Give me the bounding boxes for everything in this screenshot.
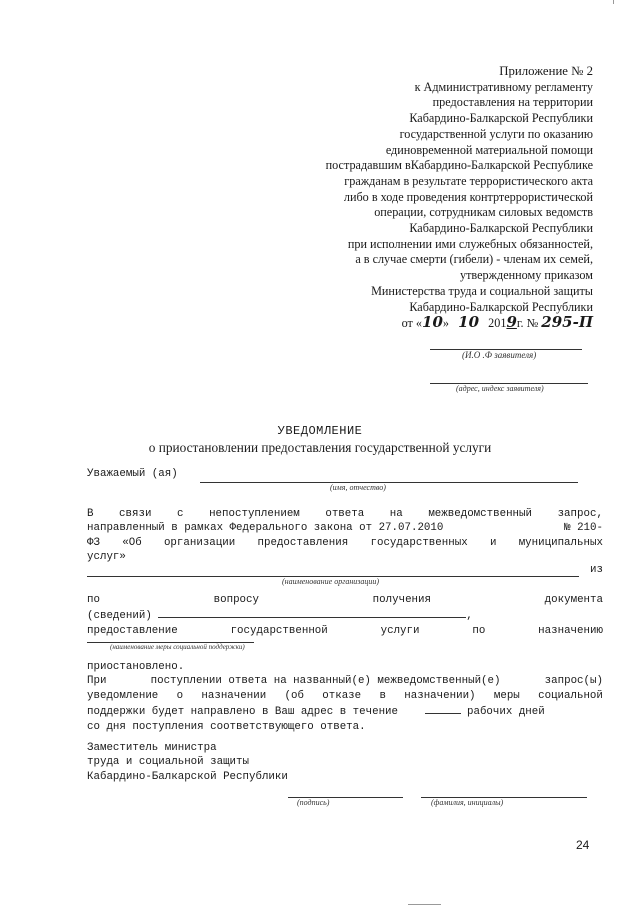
paragraph-1-cont: по вопросу получения документа (сведений… — [87, 593, 603, 638]
p2-line-3: уведомление о назначении (об отказе в на… — [87, 689, 603, 703]
annex-line: Министерства труда и социальной защиты — [273, 284, 593, 300]
applicant-address-caption: (адрес, индекс заявителя) — [456, 384, 544, 393]
word: предоставления — [258, 536, 349, 550]
word: вопросу — [214, 593, 259, 607]
support-measure-caption: (наименование меры социальной поддержки) — [110, 643, 245, 651]
delivery-text: поддержки будет направлено в Ваш адрес в… — [87, 706, 398, 718]
p1-line-6: по вопросу получения документа — [87, 593, 603, 607]
word: связи — [119, 507, 151, 521]
p1-line-5: из — [87, 563, 603, 577]
word: уведомление — [87, 689, 158, 703]
order-number-handwritten: 295-П — [541, 313, 593, 331]
annex-line: единовременной материальной помощи — [273, 143, 593, 159]
word: по — [472, 624, 485, 638]
document-title: УВЕДОМЛЕНИЕ — [0, 424, 640, 438]
word: назначении — [201, 689, 266, 703]
word: ответа — [325, 507, 364, 521]
word: (об — [285, 689, 304, 703]
annex-line: либо в ходе проведения контртеррористиче… — [273, 190, 593, 206]
law-number: № 210- — [564, 521, 603, 535]
p1-line-8: предоставление государственной услуги по… — [87, 624, 603, 638]
order-month-handwritten: 10 — [458, 313, 479, 331]
p1-line-7: (сведений) , — [87, 607, 603, 623]
word: поступлении ответа на названный(е) межве… — [151, 674, 501, 688]
law-reference: направленный в рамках Федерального закон… — [87, 521, 443, 535]
word: межведомственный — [428, 507, 532, 521]
order-day-handwritten: 10 — [422, 313, 443, 331]
p2-line-4: поддержки будет направлено в Ваш адрес в… — [87, 703, 603, 719]
word: получения — [373, 593, 431, 607]
p1-line-1: В связи с непоступлением ответа на межве… — [87, 507, 603, 521]
paragraph-1: В связи с непоступлением ответа на межве… — [87, 507, 603, 577]
word: государственных — [370, 536, 467, 550]
word: запрос(ы) — [545, 674, 603, 688]
salutation-label: Уважаемый (ая) — [87, 467, 603, 481]
word: запрос, — [558, 507, 603, 521]
signatory-block: Заместитель министра труда и социальной … — [87, 741, 603, 784]
recipient-name-line[interactable] — [200, 482, 578, 483]
word: документа — [545, 593, 603, 607]
days-blank-field[interactable] — [425, 703, 461, 714]
word: муниципальных — [519, 536, 603, 550]
annex-line: к Административному регламенту — [273, 80, 593, 96]
word: социальной — [538, 689, 603, 703]
p2-line-5: со дня поступления соответствующего отве… — [87, 720, 603, 734]
signatory-line: труда и социальной защиты — [87, 755, 603, 769]
order-year-prefix: 201 — [488, 316, 506, 330]
word: государственной — [231, 624, 328, 638]
word: с — [177, 507, 183, 521]
annex-line: Кабардино-Балкарской Республики — [273, 221, 593, 237]
word: При — [87, 674, 106, 688]
order-day-close: » — [443, 316, 449, 330]
word: и — [490, 536, 496, 550]
document-label: (сведений) — [87, 610, 152, 622]
annex-line: при исполнении ими служебных обязанносте… — [273, 237, 593, 253]
word: на — [390, 507, 403, 521]
word: назначении) — [404, 689, 475, 703]
annex-line: Приложение № 2 — [273, 64, 593, 80]
annex-line: гражданам в результате террористического… — [273, 174, 593, 190]
word: ФЗ — [87, 536, 100, 550]
annex-line: Кабардино-Балкарской Республики — [273, 111, 593, 127]
word: меры — [494, 689, 520, 703]
working-days-label: рабочих дней — [467, 706, 545, 718]
signatory-line: Кабардино-Балкарской Республики — [87, 770, 603, 784]
order-year-digit-handwritten: 9 — [506, 313, 516, 331]
word: в — [379, 689, 385, 703]
word: непоступлением — [209, 507, 300, 521]
organization-caption: (наименование организации) — [282, 577, 379, 586]
p1-line-3: ФЗ «Об организации предоставления госуда… — [87, 536, 603, 550]
word: предоставление — [87, 624, 178, 638]
document-blank-field[interactable] — [158, 607, 466, 618]
p2-line-2: При поступлении ответа на названный(е) м… — [87, 674, 603, 688]
signatory-line: Заместитель министра — [87, 741, 603, 755]
p2-line-1: приостановлено. — [87, 660, 603, 674]
signatory-name-caption: (фамилия, инициалы) — [431, 798, 503, 807]
word: В — [87, 507, 93, 521]
document-subtitle: о приостановлении предоставления государ… — [0, 440, 640, 456]
word: о — [177, 689, 183, 703]
paragraph-2: приостановлено. При поступлении ответа н… — [87, 660, 603, 734]
scan-mark-top — [613, 0, 614, 4]
word: отказе — [322, 689, 361, 703]
order-date-line: от «10» 10 2019г. № 295-П — [273, 315, 593, 332]
annex-line: пострадавшим вКабардино-Балкарской Респу… — [273, 158, 593, 174]
word: «Об — [122, 536, 141, 550]
word: организации — [164, 536, 235, 550]
annex-line: а в случае смерти (гибели) - членам их с… — [273, 252, 593, 268]
order-number-label: г. № — [517, 316, 538, 330]
signature-caption: (подпись) — [297, 798, 329, 807]
annex-line: предоставления на территории — [273, 95, 593, 111]
page-number: 24 — [576, 838, 589, 852]
word: услуги — [381, 624, 420, 638]
annex-header: Приложение № 2 к Административному регла… — [273, 64, 593, 332]
comma: , — [466, 610, 472, 622]
annex-line: государственной услуги по оказанию — [273, 127, 593, 143]
order-date-prefix: от « — [402, 316, 422, 330]
recipient-name-caption: (имя, отчество) — [330, 483, 386, 492]
word: по — [87, 593, 100, 607]
applicant-name-caption: (И.О .Ф заявителя) — [462, 350, 536, 360]
annex-line: операции, сотрудникам силовых ведомств — [273, 205, 593, 221]
word: назначению — [538, 624, 603, 638]
p1-line-2: направленный в рамках Федерального закон… — [87, 521, 603, 535]
annex-line: утвержденному приказом — [273, 268, 593, 284]
